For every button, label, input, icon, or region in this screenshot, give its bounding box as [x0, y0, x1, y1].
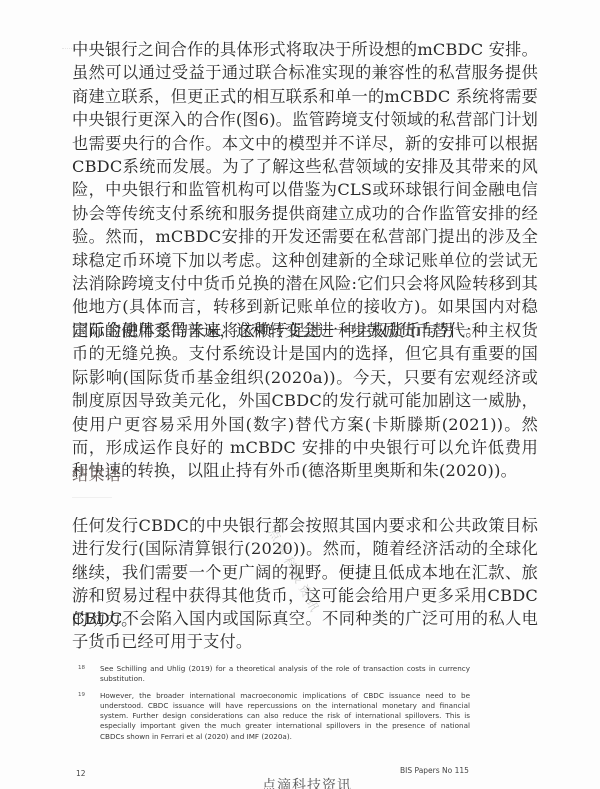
paragraph-conclusion-2: CBDC不会陷入国内或国际真空。不同种类的广泛可用的私人电子货币已经可用于支付。: [72, 607, 538, 654]
footnote-text: However, the broader international macro…: [100, 691, 470, 741]
footnote-18: 18 See Schilling and Uhlig (2019) for a …: [70, 664, 470, 685]
footnotes: 18 See Schilling and Uhlig (2019) for a …: [70, 664, 470, 748]
footnote-number: 19: [78, 690, 85, 700]
footnote-19: 19 However, the broader international ma…: [70, 691, 470, 742]
bottom-watermark: 点滴科技资讯: [262, 775, 352, 789]
paragraph-international-finance: 国际金融体系的未来将依赖于促进一种主权货币与另一种主权货币的无缝兑换。支付系统设…: [72, 319, 538, 483]
section-heading-conclusion: 结束语: [72, 462, 122, 485]
document-page: 中央银行之间合作的具体形式将取决于所设想的mCBDC 安排。虽然可以通过受益于通…: [0, 0, 600, 789]
body-text: 中央银行之间合作的具体形式将取决于所设想的mCBDC 安排。虽然可以通过受益于通…: [72, 38, 538, 342]
paragraph-mcbdc-cooperation: 中央银行之间合作的具体形式将取决于所设想的mCBDC 安排。虽然可以通过受益于通…: [72, 38, 538, 342]
body-text: CBDC不会陷入国内或国际真空。不同种类的广泛可用的私人电子货币已经可用于支付。: [72, 607, 538, 654]
heading-divider: [72, 497, 112, 498]
page-number: 12: [76, 769, 86, 778]
journal-name: BIS Papers No 115: [400, 766, 469, 775]
body-text: 国际金融体系的未来将依赖于促进一种主权货币与另一种主权货币的无缝兑换。支付系统设…: [72, 319, 538, 483]
footnote-text: See Schilling and Uhlig (2019) for a the…: [100, 664, 470, 683]
footnote-number: 18: [78, 663, 85, 673]
